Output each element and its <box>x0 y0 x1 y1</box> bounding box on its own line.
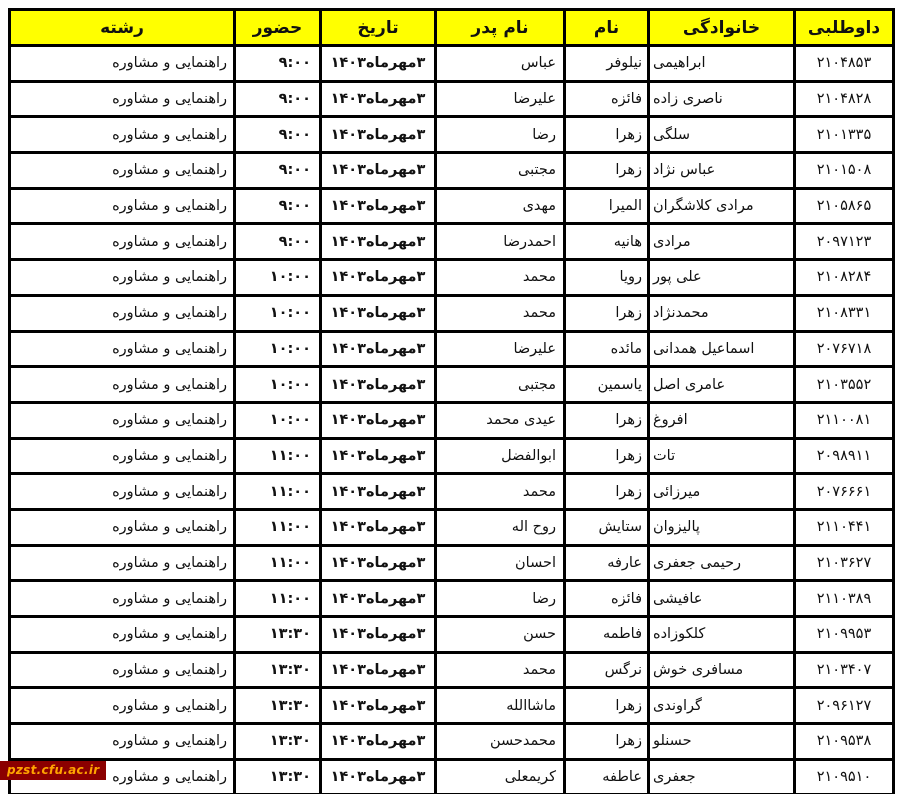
table-row: ۲۰۷۶۷۱۸ اسماعیل همدانی مائده علیرضا ۳مهر… <box>10 331 894 367</box>
cell-candidate-id: ۲۱۰۳۵۵۲ <box>795 367 894 403</box>
cell-candidate-id: ۲۱۰۳۶۲۷ <box>795 545 894 581</box>
cell-date: ۳مهرماه۱۴۰۳ <box>321 224 436 260</box>
cell-date: ۳مهرماه۱۴۰۳ <box>321 46 436 82</box>
cell-attendance-time: ۱۳:۳۰ <box>235 724 321 760</box>
cell-date: ۳مهرماه۱۴۰۳ <box>321 260 436 296</box>
cell-family-name: مرادی کلاشگران <box>649 188 795 224</box>
cell-candidate-id: ۲۱۱۰۰۸۱ <box>795 402 894 438</box>
cell-father-name: علیرضا <box>436 81 565 117</box>
cell-first-name: عارفه <box>565 545 649 581</box>
cell-attendance-time: ۱۱:۰۰ <box>235 545 321 581</box>
cell-family-name: گراوندی <box>649 688 795 724</box>
cell-father-name: عیدی محمد <box>436 402 565 438</box>
cell-first-name: فائزه <box>565 581 649 617</box>
cell-family-name: محمدنژاد <box>649 295 795 331</box>
cell-father-name: محمدحسن <box>436 724 565 760</box>
cell-first-name: زهرا <box>565 295 649 331</box>
table-row: ۲۱۰۵۸۶۵ مرادی کلاشگران المیرا مهدی ۳مهرم… <box>10 188 894 224</box>
table-row: ۲۱۰۴۸۵۳ ابراهیمی نیلوفر عباس ۳مهرماه۱۴۰۳… <box>10 46 894 82</box>
cell-major: راهنمایی و مشاوره <box>10 474 235 510</box>
cell-family-name: عباس نژاد <box>649 153 795 189</box>
cell-date: ۳مهرماه۱۴۰۳ <box>321 652 436 688</box>
header-date: تاریخ <box>321 10 436 46</box>
cell-attendance-time: ۹:۰۰ <box>235 81 321 117</box>
cell-major: راهنمایی و مشاوره <box>10 652 235 688</box>
cell-attendance-time: ۱۱:۰۰ <box>235 581 321 617</box>
cell-date: ۳مهرماه۱۴۰۳ <box>321 617 436 653</box>
cell-family-name: عامری اصل <box>649 367 795 403</box>
cell-major: راهنمایی و مشاوره <box>10 46 235 82</box>
cell-candidate-id: ۲۱۰۸۲۸۴ <box>795 260 894 296</box>
cell-first-name: زهرا <box>565 688 649 724</box>
cell-family-name: پالیزوان <box>649 509 795 545</box>
cell-major: راهنمایی و مشاوره <box>10 581 235 617</box>
header-row: داوطلبی خانوادگی نام نام پدر تاریخ حضور … <box>10 10 894 46</box>
cell-candidate-id: ۲۱۰۹۵۳۸ <box>795 724 894 760</box>
table-row: ۲۱۰۳۴۰۷ مسافری خوش نرگس محمد ۳مهرماه۱۴۰۳… <box>10 652 894 688</box>
cell-date: ۳مهرماه۱۴۰۳ <box>321 117 436 153</box>
table-row: ۲۱۱۰۳۸۹ عافیشی فائزه رضا ۳مهرماه۱۴۰۳ ۱۱:… <box>10 581 894 617</box>
cell-candidate-id: ۲۱۰۱۳۳۵ <box>795 117 894 153</box>
table-row: ۲۱۰۳۶۲۷ رحیمی جعفری عارفه احسان ۳مهرماه۱… <box>10 545 894 581</box>
cell-family-name: عافیشی <box>649 581 795 617</box>
cell-father-name: مجتبی <box>436 153 565 189</box>
cell-first-name: زهرا <box>565 117 649 153</box>
cell-father-name: علیرضا <box>436 331 565 367</box>
cell-attendance-time: ۱۰:۰۰ <box>235 367 321 403</box>
cell-father-name: حسن <box>436 617 565 653</box>
cell-major: راهنمایی و مشاوره <box>10 81 235 117</box>
cell-major: راهنمایی و مشاوره <box>10 117 235 153</box>
cell-first-name: یاسمین <box>565 367 649 403</box>
cell-father-name: عباس <box>436 46 565 82</box>
cell-candidate-id: ۲۰۷۶۷۱۸ <box>795 331 894 367</box>
table-row: ۲۰۹۷۱۲۳ مرادی هانیه احمدرضا ۳مهرماه۱۴۰۳ … <box>10 224 894 260</box>
table-row: ۲۱۰۱۳۳۵ سلگی زهرا رضا ۳مهرماه۱۴۰۳ ۹:۰۰ ر… <box>10 117 894 153</box>
cell-date: ۳مهرماه۱۴۰۳ <box>321 724 436 760</box>
cell-first-name: زهرا <box>565 402 649 438</box>
cell-first-name: زهرا <box>565 438 649 474</box>
cell-candidate-id: ۲۱۱۰۳۸۹ <box>795 581 894 617</box>
table-row: ۲۰۹۸۹۱۱ تات زهرا ابوالفضل ۳مهرماه۱۴۰۳ ۱۱… <box>10 438 894 474</box>
cell-date: ۳مهرماه۱۴۰۳ <box>321 153 436 189</box>
table-row: ۲۱۰۸۳۳۱ محمدنژاد زهرا محمد ۳مهرماه۱۴۰۳ ۱… <box>10 295 894 331</box>
cell-father-name: احسان <box>436 545 565 581</box>
table-row: ۲۱۰۳۵۵۲ عامری اصل یاسمین مجتبی ۳مهرماه۱۴… <box>10 367 894 403</box>
cell-first-name: نرگس <box>565 652 649 688</box>
cell-first-name: مائده <box>565 331 649 367</box>
cell-major: راهنمایی و مشاوره <box>10 724 235 760</box>
cell-major: راهنمایی و مشاوره <box>10 688 235 724</box>
cell-family-name: مرادی <box>649 224 795 260</box>
cell-father-name: محمد <box>436 474 565 510</box>
cell-family-name: افروغ <box>649 402 795 438</box>
cell-first-name: رویا <box>565 260 649 296</box>
cell-candidate-id: ۲۱۰۵۸۶۵ <box>795 188 894 224</box>
cell-candidate-id: ۲۱۰۳۴۰۷ <box>795 652 894 688</box>
cell-date: ۳مهرماه۱۴۰۳ <box>321 438 436 474</box>
cell-attendance-time: ۱۳:۳۰ <box>235 688 321 724</box>
cell-major: راهنمایی و مشاوره <box>10 188 235 224</box>
cell-father-name: محمد <box>436 260 565 296</box>
cell-candidate-id: ۲۱۰۹۵۱۰ <box>795 759 894 794</box>
cell-date: ۳مهرماه۱۴۰۳ <box>321 402 436 438</box>
cell-attendance-time: ۱۰:۰۰ <box>235 331 321 367</box>
table-row: ۲۱۱۰۰۸۱ افروغ زهرا عیدی محمد ۳مهرماه۱۴۰۳… <box>10 402 894 438</box>
cell-first-name: فائزه <box>565 81 649 117</box>
cell-father-name: رضا <box>436 581 565 617</box>
cell-attendance-time: ۹:۰۰ <box>235 117 321 153</box>
table-row: ۲۱۰۹۵۱۰ جعفری عاطفه کریمعلی ۳مهرماه۱۴۰۳ … <box>10 759 894 794</box>
cell-father-name: کریمعلی <box>436 759 565 794</box>
cell-family-name: اسماعیل همدانی <box>649 331 795 367</box>
cell-family-name: سلگی <box>649 117 795 153</box>
exam-schedule-table: داوطلبی خانوادگی نام نام پدر تاریخ حضور … <box>8 8 895 794</box>
cell-first-name: نیلوفر <box>565 46 649 82</box>
cell-candidate-id: ۲۱۱۰۴۴۱ <box>795 509 894 545</box>
cell-attendance-time: ۱۳:۳۰ <box>235 617 321 653</box>
header-father-name: نام پدر <box>436 10 565 46</box>
cell-attendance-time: ۱۰:۰۰ <box>235 402 321 438</box>
cell-father-name: مهدی <box>436 188 565 224</box>
cell-major: راهنمایی و مشاوره <box>10 545 235 581</box>
cell-date: ۳مهرماه۱۴۰۳ <box>321 81 436 117</box>
cell-father-name: ابوالفضل <box>436 438 565 474</box>
cell-candidate-id: ۲۱۰۴۸۵۳ <box>795 46 894 82</box>
cell-major: راهنمایی و مشاوره <box>10 617 235 653</box>
cell-first-name: المیرا <box>565 188 649 224</box>
table-row: ۲۱۰۱۵۰۸ عباس نژاد زهرا مجتبی ۳مهرماه۱۴۰۳… <box>10 153 894 189</box>
cell-father-name: احمدرضا <box>436 224 565 260</box>
cell-date: ۳مهرماه۱۴۰۳ <box>321 188 436 224</box>
cell-family-name: حسنلو <box>649 724 795 760</box>
cell-attendance-time: ۱۱:۰۰ <box>235 438 321 474</box>
table-body: ۲۱۰۴۸۵۳ ابراهیمی نیلوفر عباس ۳مهرماه۱۴۰۳… <box>10 46 894 794</box>
cell-father-name: محمد <box>436 652 565 688</box>
cell-attendance-time: ۱۳:۳۰ <box>235 759 321 794</box>
cell-family-name: ناصری زاده <box>649 81 795 117</box>
cell-candidate-id: ۲۰۹۷۱۲۳ <box>795 224 894 260</box>
cell-date: ۳مهرماه۱۴۰۳ <box>321 581 436 617</box>
cell-family-name: علی پور <box>649 260 795 296</box>
cell-date: ۳مهرماه۱۴۰۳ <box>321 545 436 581</box>
cell-family-name: مسافری خوش <box>649 652 795 688</box>
table-row: ۲۱۱۰۴۴۱ پالیزوان ستایش روح اله ۳مهرماه۱۴… <box>10 509 894 545</box>
cell-candidate-id: ۲۰۹۸۹۱۱ <box>795 438 894 474</box>
cell-first-name: زهرا <box>565 153 649 189</box>
cell-candidate-id: ۲۱۰۴۸۲۸ <box>795 81 894 117</box>
cell-major: راهنمایی و مشاوره <box>10 153 235 189</box>
table-row: ۲۱۰۹۹۵۳ کلکوزاده فاطمه حسن ۳مهرماه۱۴۰۳ ۱… <box>10 617 894 653</box>
cell-attendance-time: ۹:۰۰ <box>235 224 321 260</box>
site-watermark: pzst.cfu.ac.ir <box>0 761 106 780</box>
cell-father-name: روح اله <box>436 509 565 545</box>
cell-family-name: میرزائی <box>649 474 795 510</box>
cell-candidate-id: ۲۱۰۹۹۵۳ <box>795 617 894 653</box>
cell-candidate-id: ۲۰۷۶۶۶۱ <box>795 474 894 510</box>
table-row: ۲۰۹۶۱۲۷ گراوندی زهرا ماشاالله ۳مهرماه۱۴۰… <box>10 688 894 724</box>
cell-date: ۳مهرماه۱۴۰۳ <box>321 759 436 794</box>
cell-candidate-id: ۲۰۹۶۱۲۷ <box>795 688 894 724</box>
cell-date: ۳مهرماه۱۴۰۳ <box>321 367 436 403</box>
cell-attendance-time: ۹:۰۰ <box>235 188 321 224</box>
cell-date: ۳مهرماه۱۴۰۳ <box>321 474 436 510</box>
header-family-name: خانوادگی <box>649 10 795 46</box>
cell-attendance-time: ۱۰:۰۰ <box>235 295 321 331</box>
cell-first-name: زهرا <box>565 724 649 760</box>
cell-candidate-id: ۲۱۰۱۵۰۸ <box>795 153 894 189</box>
cell-first-name: زهرا <box>565 474 649 510</box>
header-major: رشته <box>10 10 235 46</box>
cell-father-name: ماشاالله <box>436 688 565 724</box>
cell-attendance-time: ۹:۰۰ <box>235 46 321 82</box>
cell-family-name: رحیمی جعفری <box>649 545 795 581</box>
cell-major: راهنمایی و مشاوره <box>10 295 235 331</box>
cell-attendance-time: ۹:۰۰ <box>235 153 321 189</box>
cell-first-name: عاطفه <box>565 759 649 794</box>
table-row: ۲۱۰۸۲۸۴ علی پور رویا محمد ۳مهرماه۱۴۰۳ ۱۰… <box>10 260 894 296</box>
cell-father-name: رضا <box>436 117 565 153</box>
cell-first-name: فاطمه <box>565 617 649 653</box>
cell-date: ۳مهرماه۱۴۰۳ <box>321 509 436 545</box>
cell-father-name: مجتبی <box>436 367 565 403</box>
cell-date: ۳مهرماه۱۴۰۳ <box>321 295 436 331</box>
cell-father-name: محمد <box>436 295 565 331</box>
cell-major: راهنمایی و مشاوره <box>10 402 235 438</box>
exam-schedule-page: داوطلبی خانوادگی نام نام پدر تاریخ حضور … <box>0 0 900 794</box>
cell-major: راهنمایی و مشاوره <box>10 438 235 474</box>
table-row: ۲۱۰۹۵۳۸ حسنلو زهرا محمدحسن ۳مهرماه۱۴۰۳ ۱… <box>10 724 894 760</box>
table-header: داوطلبی خانوادگی نام نام پدر تاریخ حضور … <box>10 10 894 46</box>
cell-attendance-time: ۱۱:۰۰ <box>235 509 321 545</box>
cell-date: ۳مهرماه۱۴۰۳ <box>321 688 436 724</box>
cell-major: راهنمایی و مشاوره <box>10 260 235 296</box>
cell-family-name: کلکوزاده <box>649 617 795 653</box>
cell-attendance-time: ۱۳:۳۰ <box>235 652 321 688</box>
cell-family-name: تات <box>649 438 795 474</box>
cell-attendance-time: ۱۰:۰۰ <box>235 260 321 296</box>
cell-candidate-id: ۲۱۰۸۳۳۱ <box>795 295 894 331</box>
cell-attendance-time: ۱۱:۰۰ <box>235 474 321 510</box>
cell-major: راهنمایی و مشاوره <box>10 367 235 403</box>
header-first-name: نام <box>565 10 649 46</box>
cell-date: ۳مهرماه۱۴۰۳ <box>321 331 436 367</box>
cell-family-name: ابراهیمی <box>649 46 795 82</box>
cell-family-name: جعفری <box>649 759 795 794</box>
header-attendance-time: حضور <box>235 10 321 46</box>
cell-first-name: ستایش <box>565 509 649 545</box>
cell-first-name: هانیه <box>565 224 649 260</box>
cell-major: راهنمایی و مشاوره <box>10 224 235 260</box>
table-row: ۲۱۰۴۸۲۸ ناصری زاده فائزه علیرضا ۳مهرماه۱… <box>10 81 894 117</box>
header-candidate-id: داوطلبی <box>795 10 894 46</box>
cell-major: راهنمایی و مشاوره <box>10 331 235 367</box>
table-row: ۲۰۷۶۶۶۱ میرزائی زهرا محمد ۳مهرماه۱۴۰۳ ۱۱… <box>10 474 894 510</box>
cell-major: راهنمایی و مشاوره <box>10 509 235 545</box>
